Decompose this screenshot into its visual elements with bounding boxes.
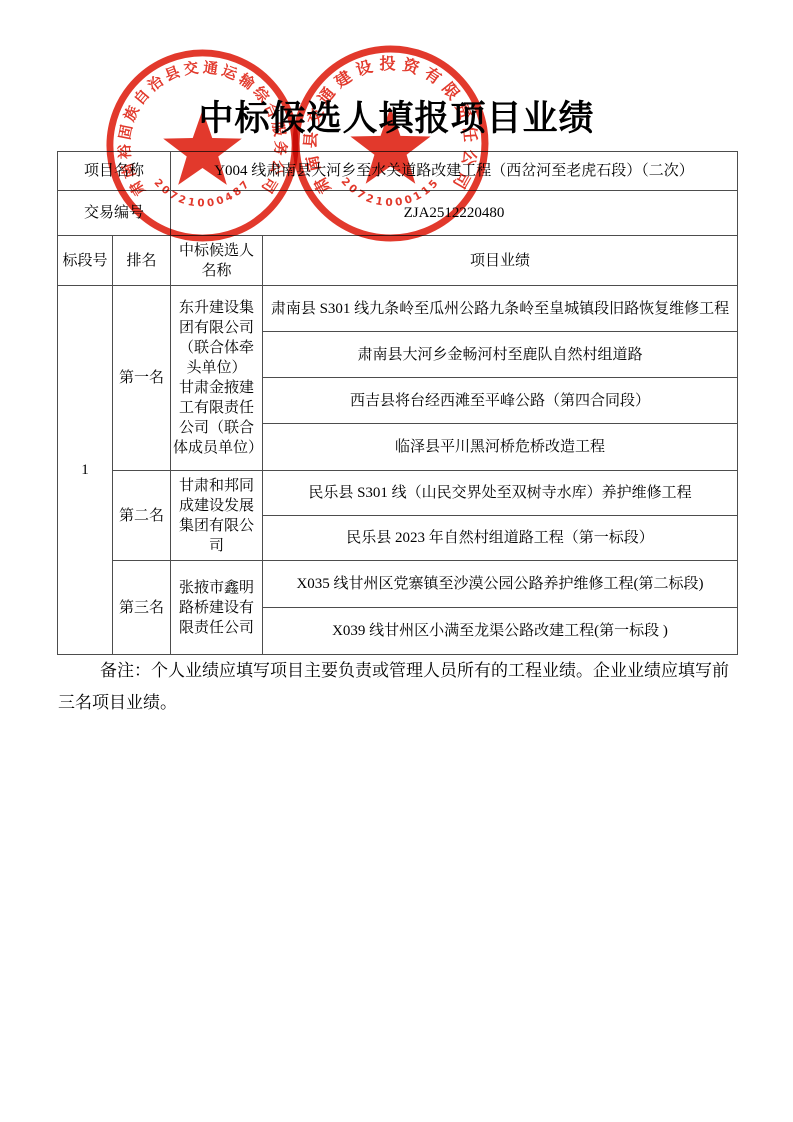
- achievement-cell: X039 线甘州区小满至龙渠公路改建工程(第一标段 ): [263, 608, 738, 655]
- achievement-cell: 西吉县将台经西滩至平峰公路（第四合同段）: [263, 378, 738, 424]
- table-row: 第二名 甘肃和邦同成建设发展集团有限公司 民乐县 S301 线（山民交界处至双树…: [58, 471, 738, 516]
- table-row: 第三名 张掖市鑫明路桥建设有限责任公司 X035 线甘州区党寨镇至沙漠公园公路养…: [58, 561, 738, 608]
- section-no-cell: 1: [58, 286, 113, 655]
- rank-2-cell: 第二名: [113, 471, 171, 561]
- header-achievement: 项目业绩: [263, 236, 738, 286]
- bid-result-table: 项目名称 Y004 线肃南县大河乡至水关道路改建工程（西岔河至老虎石段）（二次）…: [57, 151, 738, 655]
- achievement-cell: X035 线甘州区党寨镇至沙漠公园公路养护维修工程(第二标段): [263, 561, 738, 608]
- rank-3-cell: 第三名: [113, 561, 171, 655]
- achievement-cell: 临泽县平川黑河桥危桥改造工程: [263, 424, 738, 471]
- transaction-no-row: 交易编号 ZJA2512220480: [58, 191, 738, 236]
- header-rank: 排名: [113, 236, 171, 286]
- table-header-row: 标段号 排名 中标候选人 名称 项目业绩: [58, 236, 738, 286]
- candidate-3-name: 张掖市鑫明路桥建设有限责任公司: [171, 561, 263, 655]
- header-section-no: 标段号: [58, 236, 113, 286]
- document-page: 中标候选人填报项目业绩 项目名称 Y004 线肃南县大河乡至水关道路改建工程（西…: [0, 0, 793, 1122]
- achievement-cell: 民乐县 2023 年自然村组道路工程（第一标段）: [263, 516, 738, 561]
- rank-1-cell: 第一名: [113, 286, 171, 471]
- project-name-value: Y004 线肃南县大河乡至水关道路改建工程（西岔河至老虎石段）（二次）: [171, 152, 738, 191]
- table-row: 1 第一名 东升建设集团有限公司（联合体牵头单位） 甘肃金掖建工有限责任公司（联…: [58, 286, 738, 332]
- remark-note: 备注：个人业绩应填写项目主要负责或管理人员所有的工程业绩。企业业绩应填写前三名项…: [58, 655, 736, 719]
- achievement-cell: 民乐县 S301 线（山民交界处至双树寺水库）养护维修工程: [263, 471, 738, 516]
- achievement-cell: 肃南县 S301 线九条岭至瓜州公路九条岭至皇城镇段旧路恢复维修工程: [263, 286, 738, 332]
- transaction-no-value: ZJA2512220480: [171, 191, 738, 236]
- page-title: 中标候选人填报项目业绩: [0, 97, 793, 141]
- candidate-1-name: 东升建设集团有限公司（联合体牵头单位） 甘肃金掖建工有限责任公司（联合体成员单位…: [171, 286, 263, 471]
- project-name-row: 项目名称 Y004 线肃南县大河乡至水关道路改建工程（西岔河至老虎石段）（二次）: [58, 152, 738, 191]
- transaction-no-label: 交易编号: [58, 191, 171, 236]
- achievement-cell: 肃南县大河乡金畅河村至鹿队自然村组道路: [263, 332, 738, 378]
- project-name-label: 项目名称: [58, 152, 171, 191]
- header-candidate-name: 中标候选人 名称: [171, 236, 263, 286]
- candidate-2-name: 甘肃和邦同成建设发展集团有限公司: [171, 471, 263, 561]
